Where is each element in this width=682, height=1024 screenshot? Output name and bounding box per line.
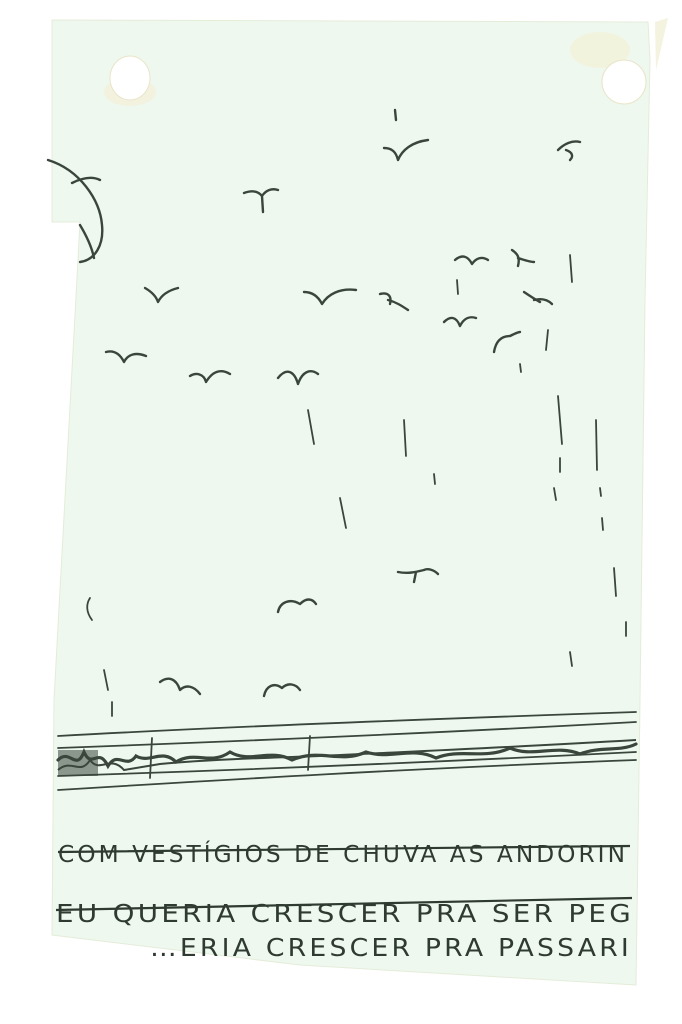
text-line-2: EU QUERIA CRESCER PRA SER PEG: [56, 898, 634, 928]
scanned-card: COM VESTÍGIOS DE CHUVA AS ANDORIN EU QUE…: [0, 0, 682, 1024]
text-line-3: …ERIA CRESCER PRA PASSARI: [150, 933, 632, 962]
punch-hole-right: [602, 60, 646, 104]
svg-text:…ERIA CRESCER PRA PASSARI: …ERIA CRESCER PRA PASSARI: [150, 933, 632, 962]
svg-text:COM VESTÍGIOS DE CHUVA AS ANDO: COM VESTÍGIOS DE CHUVA AS ANDORIN: [58, 840, 628, 868]
punch-hole-left: [110, 56, 150, 100]
torn-strip: [655, 18, 668, 70]
paper-sheet: [52, 20, 650, 985]
bird-icon: [395, 110, 396, 120]
text-line-1: COM VESTÍGIOS DE CHUVA AS ANDORIN: [58, 840, 630, 868]
